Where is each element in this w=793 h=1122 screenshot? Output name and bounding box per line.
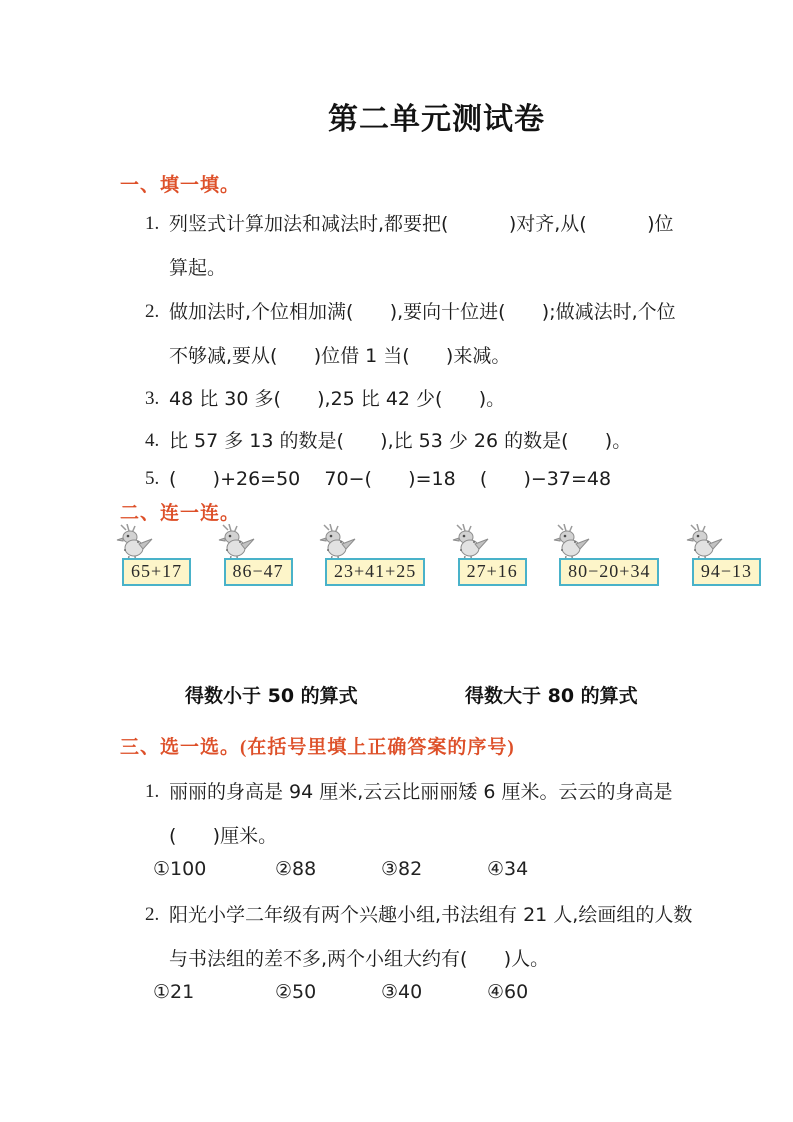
option-4: ④60 [487,979,528,1005]
expression-box: 86−47 [224,558,293,586]
s1-question-1: 1. 列竖式计算加法和减法时,都要把( )对齐,从( )位 算起。 [145,202,727,290]
question-line: 丽丽的身高是 94 厘米,云云比丽丽矮 6 厘米。云云的身高是 [169,770,727,814]
question-number: 5. [145,457,169,501]
question-number: 1. [145,202,169,246]
s3-question-2: 2. 阳光小学二年级有两个兴趣小组,书法组有 21 人,绘画组的人数 与书法组的… [145,893,727,981]
expression-box: 23+41+25 [325,558,425,586]
question-line: 不够减,要从( )位借 1 当( )来减。 [169,334,727,378]
question-line: ( )厘米。 [169,814,727,858]
option-1: ①100 [153,856,275,882]
option-1: ①21 [153,979,275,1005]
bucket-label-less-than-50: 得数小于 50 的算式 [185,681,358,708]
test-paper-page: 第二单元测试卷 一、填一填。 1. 列竖式计算加法和减法时,都要把( )对齐,从… [0,0,793,1122]
section3-heading: 三、选一选。(在括号里填上正确答案的序号) [120,732,515,759]
question-line: 列竖式计算加法和减法时,都要把( )对齐,从( )位 [169,202,727,246]
match-item: 65+17 [110,524,191,586]
s1-question-3: 3. 48 比 30 多( ),25 比 42 少( )。 [145,377,727,421]
match-item: 86−47 [212,524,293,586]
expression-box: 80−20+34 [559,558,659,586]
expression-box: 94−13 [692,558,761,586]
question-line: 与书法组的差不多,两个小组大约有( )人。 [169,937,727,981]
question-line: 48 比 30 多( ),25 比 42 少( )。 [169,377,727,421]
page-title: 第二单元测试卷 [0,94,793,138]
expression-box: 27+16 [458,558,527,586]
question-line: 做加法时,个位相加满( ),要向十位进( );做减法时,个位 [169,290,727,334]
option-4: ④34 [487,856,528,882]
s1-question-2: 2. 做加法时,个位相加满( ),要向十位进( );做减法时,个位 不够减,要从… [145,290,727,378]
option-3: ③40 [381,979,487,1005]
question-text: 丽丽的身高是 94 厘米,云云比丽丽矮 6 厘米。云云的身高是 ( )厘米。 [169,770,727,858]
question-number: 1. [145,770,169,814]
option-2: ②88 [275,856,381,882]
question-text: 48 比 30 多( ),25 比 42 少( )。 [169,377,727,421]
question-text: 做加法时,个位相加满( ),要向十位进( );做减法时,个位 不够减,要从( )… [169,290,727,378]
bucket-label-greater-than-80: 得数大于 80 的算式 [465,681,638,708]
section2-heading: 二、连一连。 [120,498,240,525]
s3-question-2-options: ①21 ②50 ③40 ④60 [153,979,727,1005]
question-line: 算起。 [169,246,727,290]
match-expressions-row: 65+17 86−47 [110,524,761,586]
expression-box: 65+17 [122,558,191,586]
match-item: 94−13 [680,524,761,586]
question-text: ( )+26=50 70−( )=18 ( )−37=48 [169,457,727,501]
s1-question-5: 5. ( )+26=50 70−( )=18 ( )−37=48 [145,457,727,501]
question-line: ( )+26=50 70−( )=18 ( )−37=48 [169,457,727,501]
question-line: 阳光小学二年级有两个兴趣小组,书法组有 21 人,绘画组的人数 [169,893,727,937]
question-text: 阳光小学二年级有两个兴趣小组,书法组有 21 人,绘画组的人数 与书法组的差不多… [169,893,727,981]
match-item: 23+41+25 [313,524,425,586]
question-number: 2. [145,893,169,937]
option-2: ②50 [275,979,381,1005]
section1-heading: 一、填一填。 [120,170,240,197]
question-number: 2. [145,290,169,334]
match-item: 27+16 [446,524,527,586]
question-number: 3. [145,377,169,421]
s3-question-1-options: ①100 ②88 ③82 ④34 [153,856,727,882]
option-3: ③82 [381,856,487,882]
question-text: 列竖式计算加法和减法时,都要把( )对齐,从( )位 算起。 [169,202,727,290]
match-item: 80−20+34 [547,524,659,586]
s3-question-1: 1. 丽丽的身高是 94 厘米,云云比丽丽矮 6 厘米。云云的身高是 ( )厘米… [145,770,727,858]
